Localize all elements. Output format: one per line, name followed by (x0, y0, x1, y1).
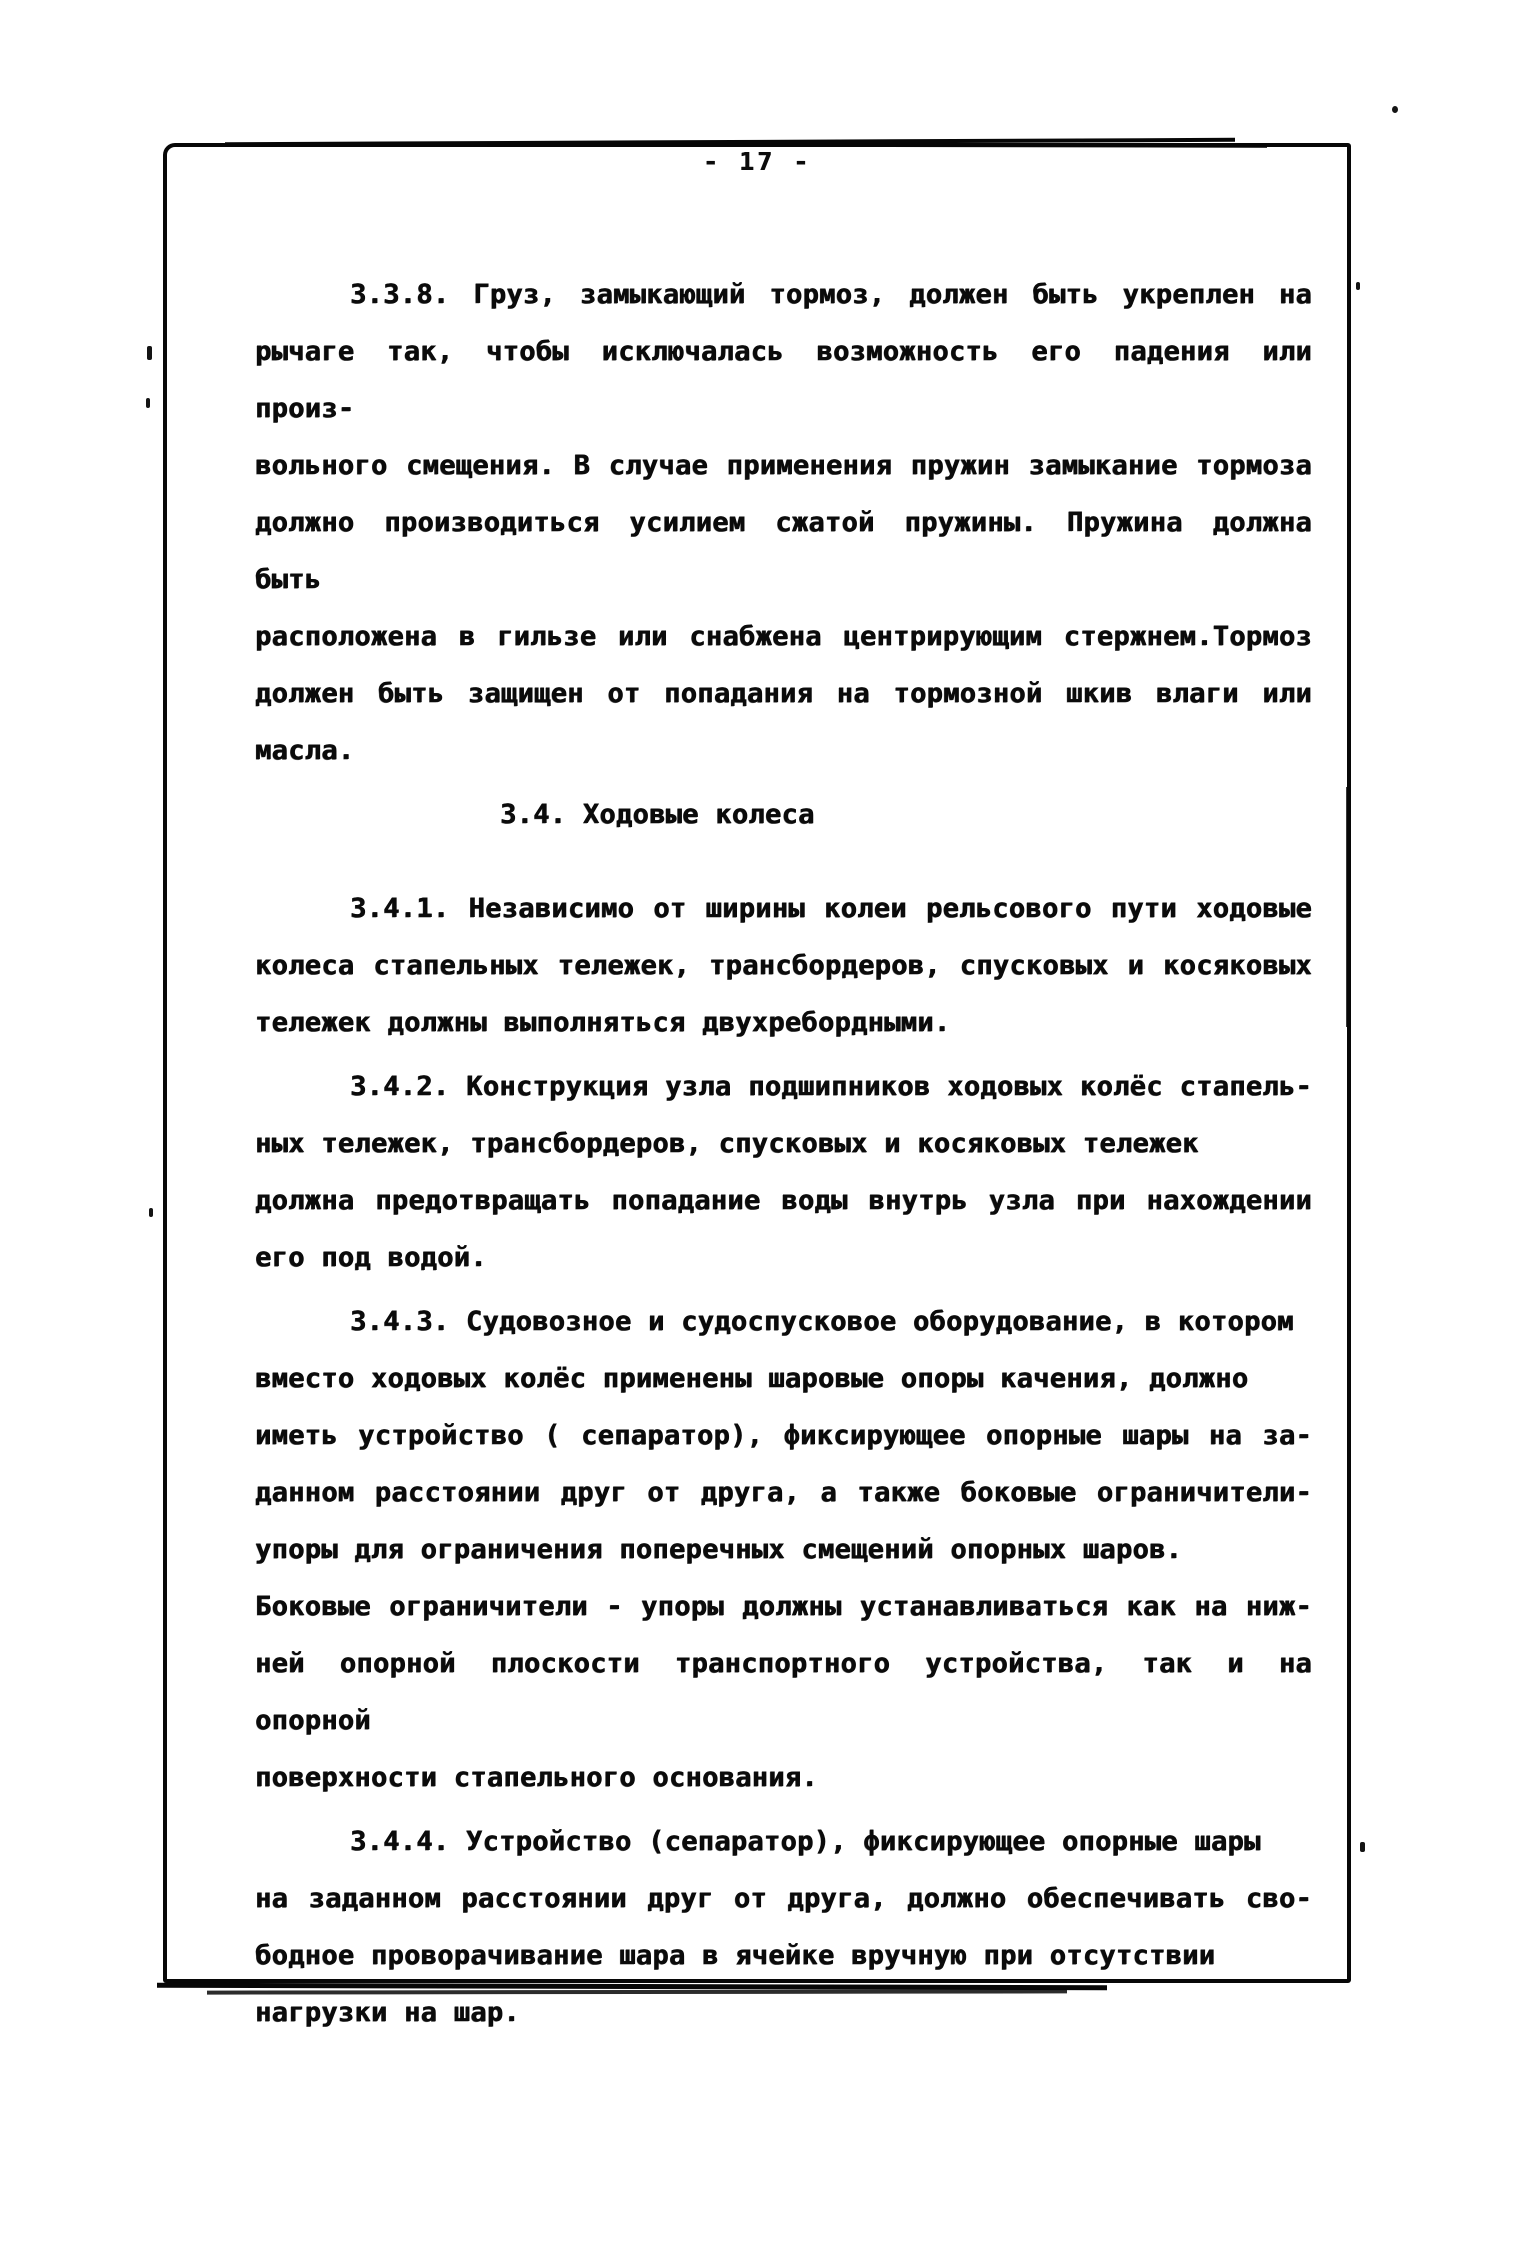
ink-speck (1360, 1842, 1365, 1852)
text-line: ней опорной плоскости транспортного устр… (255, 1635, 1312, 1749)
ink-speck (1356, 282, 1360, 290)
text-line: тележек должны выполняться двухребордным… (255, 994, 1312, 1051)
paragraph-3-3-8: 3.3.8. Груз, замыкающий тормоз, должен б… (255, 266, 1312, 779)
text-line: расположена в гильзе или снабжена центри… (255, 608, 1312, 665)
text-line: 3.3.8. Груз, замыкающий тормоз, должен б… (255, 266, 1312, 323)
text-line: поверхности стапельного основания. (255, 1749, 1312, 1806)
text-line: на заданном расстоянии друг от друга, до… (255, 1870, 1312, 1927)
text-line: должен быть защищен от попадания на торм… (255, 665, 1312, 722)
text-line: иметь устройство ( сепаратор), фиксирующ… (255, 1407, 1312, 1464)
text-line: бодное проворачивание шара в ячейке вруч… (255, 1927, 1312, 1984)
paragraph-3-4-2: 3.4.2. Конструкция узла подшипников ходо… (255, 1058, 1312, 1286)
text-line: нагрузки на шар. (255, 1984, 1312, 2041)
text-line: 3.4.3. Судовозное и судоспусковое оборуд… (255, 1293, 1312, 1350)
ink-speck (1392, 106, 1398, 113)
document-body: 3.3.8. Груз, замыкающий тормоз, должен б… (255, 266, 1312, 2041)
text-line: должна предотвращать попадание воды внут… (255, 1172, 1312, 1229)
text-line: 3.4.2. Конструкция узла подшипников ходо… (255, 1058, 1312, 1115)
text-line: вместо ходовых колёс применены шаровые о… (255, 1350, 1312, 1407)
section-heading: 3.4. Ходовые колеса (255, 786, 1312, 843)
text-line: рычаге так, чтобы исключалась возможност… (255, 323, 1312, 437)
text-line: колеса стапельных тележек, трансбордеров… (255, 937, 1312, 994)
text-line: ных тележек, трансбордеров, спусковых и … (255, 1115, 1312, 1172)
text-line: 3.4.4. Устройство (сепаратор), фиксирующ… (255, 1813, 1312, 1870)
ink-speck (147, 346, 152, 360)
text-line: масла. (255, 722, 1312, 779)
paragraph-3-4-1: 3.4.1. Независимо от ширины колеи рельсо… (255, 880, 1312, 1051)
text-line: упоры для ограничения поперечных смещени… (255, 1521, 1312, 1578)
border-smudge (1346, 787, 1349, 1027)
text-line: должно производиться усилием сжатой пруж… (255, 494, 1312, 608)
text-line: 3.4.1. Независимо от ширины колеи рельсо… (255, 880, 1312, 937)
text-line: данном расстоянии друг от друга, а также… (255, 1464, 1312, 1521)
text-line: Боковые ограничители - упоры должны уста… (255, 1578, 1312, 1635)
paragraph-3-4-3: 3.4.3. Судовозное и судоспусковое оборуд… (255, 1293, 1312, 1806)
ink-speck (146, 398, 150, 408)
text-line: 3.4. Ходовые колеса (255, 786, 1312, 843)
ink-speck (149, 1208, 153, 1217)
document-page: - 17 - 3.3.8. Груз, замыкающий тормоз, д… (0, 0, 1536, 2245)
paragraph-3-4-4: 3.4.4. Устройство (сепаратор), фиксирующ… (255, 1813, 1312, 2041)
page-number: - 17 - (163, 147, 1351, 176)
text-line: вольного смещения. В случае применения п… (255, 437, 1312, 494)
text-line: его под водой. (255, 1229, 1312, 1286)
